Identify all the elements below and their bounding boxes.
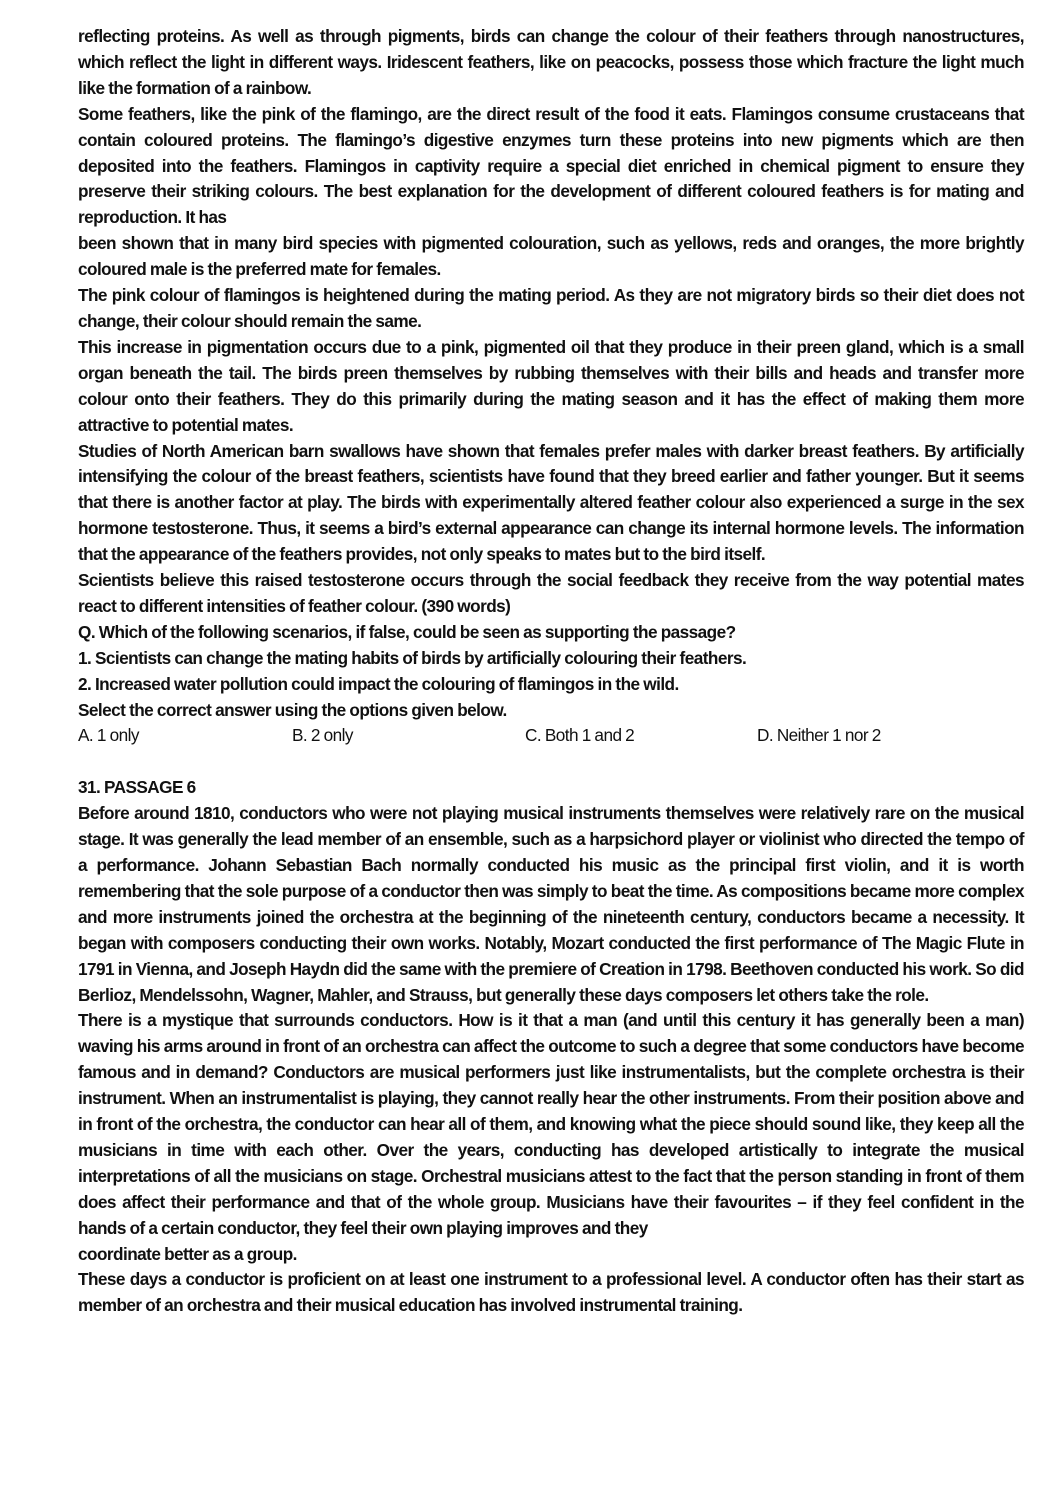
- option-b: B. 2 only: [292, 723, 525, 749]
- passage6-paragraph-2: There is a mystique that surrounds condu…: [78, 1008, 1024, 1241]
- statement-1: 1. Scientists can change the mating habi…: [78, 646, 1024, 672]
- option-a: A. 1 only: [78, 723, 292, 749]
- passage5-paragraph-6: Studies of North American barn swallows …: [78, 439, 1024, 569]
- passage6-heading: 31. PASSAGE 6: [78, 775, 1024, 801]
- passage6-paragraph-4: These days a conductor is proficient on …: [78, 1267, 1024, 1319]
- document-page: reflecting proteins. As well as through …: [78, 24, 1024, 1319]
- passage5-paragraph-7: Scientists believe this raised testoster…: [78, 568, 1024, 620]
- option-d: D. Neither 1 nor 2: [757, 723, 881, 749]
- statement-2: 2. Increased water pollution could impac…: [78, 672, 1024, 698]
- question-text: Q. Which of the following scenarios, if …: [78, 620, 1024, 646]
- answer-options: A. 1 only B. 2 only C. Both 1 and 2 D. N…: [78, 723, 1024, 749]
- passage5-paragraph-5: This increase in pigmentation occurs due…: [78, 335, 1024, 439]
- answer-instruction: Select the correct answer using the opti…: [78, 698, 1024, 724]
- passage5-paragraph-4: The pink colour of flamingos is heighten…: [78, 283, 1024, 335]
- passage5-paragraph-2: Some feathers, like the pink of the flam…: [78, 102, 1024, 232]
- passage5-paragraph-1: reflecting proteins. As well as through …: [78, 24, 1024, 102]
- section-spacer: [78, 749, 1024, 775]
- passage6-paragraph-3: coordinate better as a group.: [78, 1242, 1024, 1268]
- passage6-paragraph-1: Before around 1810, conductors who were …: [78, 801, 1024, 1008]
- passage5-paragraph-3: been shown that in many bird species wit…: [78, 231, 1024, 283]
- option-c: C. Both 1 and 2: [525, 723, 757, 749]
